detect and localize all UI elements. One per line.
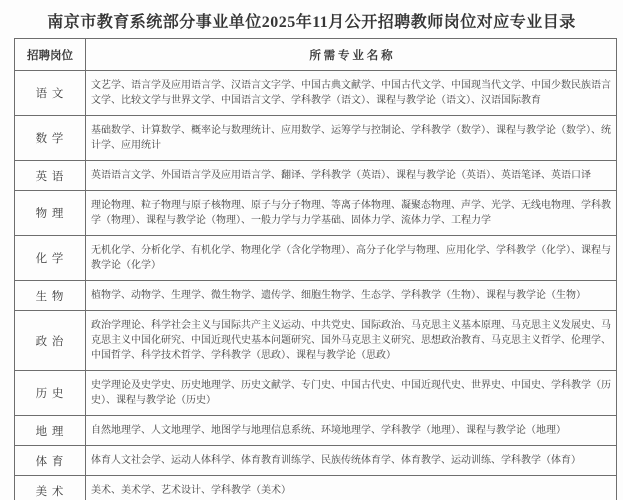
position-cell: 生 物 [15,281,86,311]
majors-cell: 文艺学、语言学及应用语言学、汉语言文字学、中国古典文献学、中国古代文学、中国现当… [86,71,617,116]
position-cell: 英 语 [15,161,86,191]
majors-cell: 政治学理论、科学社会主义与国际共产主义运动、中共党史、国际政治、马克思主义基本原… [86,311,617,371]
position-cell: 体 育 [15,446,86,476]
document-page: 南京市教育系统部分事业单位2025年11月公开招聘教师岗位对应专业目录 招聘岗位… [0,0,623,500]
position-cell: 化 学 [15,236,86,281]
majors-cell: 自然地理学、人文地理学、地图学与地理信息系统、环境地理学、学科教学（地理）、课程… [86,416,617,446]
table-row: 化 学 无机化学、分析化学、有机化学、物理化学（含化学物理）、高分子化学与物理、… [15,236,617,281]
table-row: 美 术 美术、美术学、艺术设计、学科教学（美术） [15,476,617,500]
position-cell: 美 术 [15,476,86,500]
majors-table-header: 招聘岗位 所 需 专 业 名 称 [15,39,617,71]
position-cell: 语 文 [15,71,86,116]
table-row: 语 文 文艺学、语言学及应用语言学、汉语言文字学、中国古典文献学、中国古代文学、… [15,71,617,116]
majors-cell: 植物学、动物学、生理学、微生物学、遗传学、细胞生物学、生态学、学科教学（生物）、… [86,281,617,311]
majors-cell: 史学理论及史学史、历史地理学、历史文献学、专门史、中国古代史、中国近现代史、世界… [86,371,617,416]
page-title: 南京市教育系统部分事业单位2025年11月公开招聘教师岗位对应专业目录 [0,0,623,38]
majors-cell: 基础数学、计算数学、概率论与数理统计、应用数学、运筹学与控制论、学科教学（数学）… [86,116,617,161]
table-row: 政 治 政治学理论、科学社会主义与国际共产主义运动、中共党史、国际政治、马克思主… [15,311,617,371]
majors-cell: 体育人文社会学、运动人体科学、体育教育训练学、民族传统体育学、体育教学、运动训练… [86,446,617,476]
table-row: 英 语 英语语言文学、外国语言学及应用语言学、翻译、学科教学（英语）、课程与教学… [15,161,617,191]
header-majors: 所 需 专 业 名 称 [86,39,617,71]
position-cell: 数 学 [15,116,86,161]
table-row: 历 史 史学理论及史学史、历史地理学、历史文献学、专门史、中国古代史、中国近现代… [15,371,617,416]
majors-cell: 理论物理、粒子物理与原子核物理、原子与分子物理、等离子体物理、凝聚态物理、声学、… [86,191,617,236]
majors-cell: 无机化学、分析化学、有机化学、物理化学（含化学物理）、高分子化学与物理、应用化学… [86,236,617,281]
table-row: 生 物 植物学、动物学、生理学、微生物学、遗传学、细胞生物学、生态学、学科教学（… [15,281,617,311]
table-row: 物 理 理论物理、粒子物理与原子核物理、原子与分子物理、等离子体物理、凝聚态物理… [15,191,617,236]
table-row: 体 育 体育人文社会学、运动人体科学、体育教育训练学、民族传统体育学、体育教学、… [15,446,617,476]
majors-cell: 英语语言文学、外国语言学及应用语言学、翻译、学科教学（英语）、课程与教学论（英语… [86,161,617,191]
position-cell: 历 史 [15,371,86,416]
position-cell: 政 治 [15,311,86,371]
header-row: 招聘岗位 所 需 专 业 名 称 [15,39,617,71]
position-cell: 地 理 [15,416,86,446]
majors-cell: 美术、美术学、艺术设计、学科教学（美术） [86,476,617,500]
header-position: 招聘岗位 [15,39,86,71]
majors-table-body: 语 文 文艺学、语言学及应用语言学、汉语言文字学、中国古典文献学、中国古代文学、… [15,71,617,500]
table-row: 数 学 基础数学、计算数学、概率论与数理统计、应用数学、运筹学与控制论、学科教学… [15,116,617,161]
majors-table: 招聘岗位 所 需 专 业 名 称 语 文 文艺学、语言学及应用语言学、汉语言文字… [14,38,617,500]
position-cell: 物 理 [15,191,86,236]
table-row: 地 理 自然地理学、人文地理学、地图学与地理信息系统、环境地理学、学科教学（地理… [15,416,617,446]
